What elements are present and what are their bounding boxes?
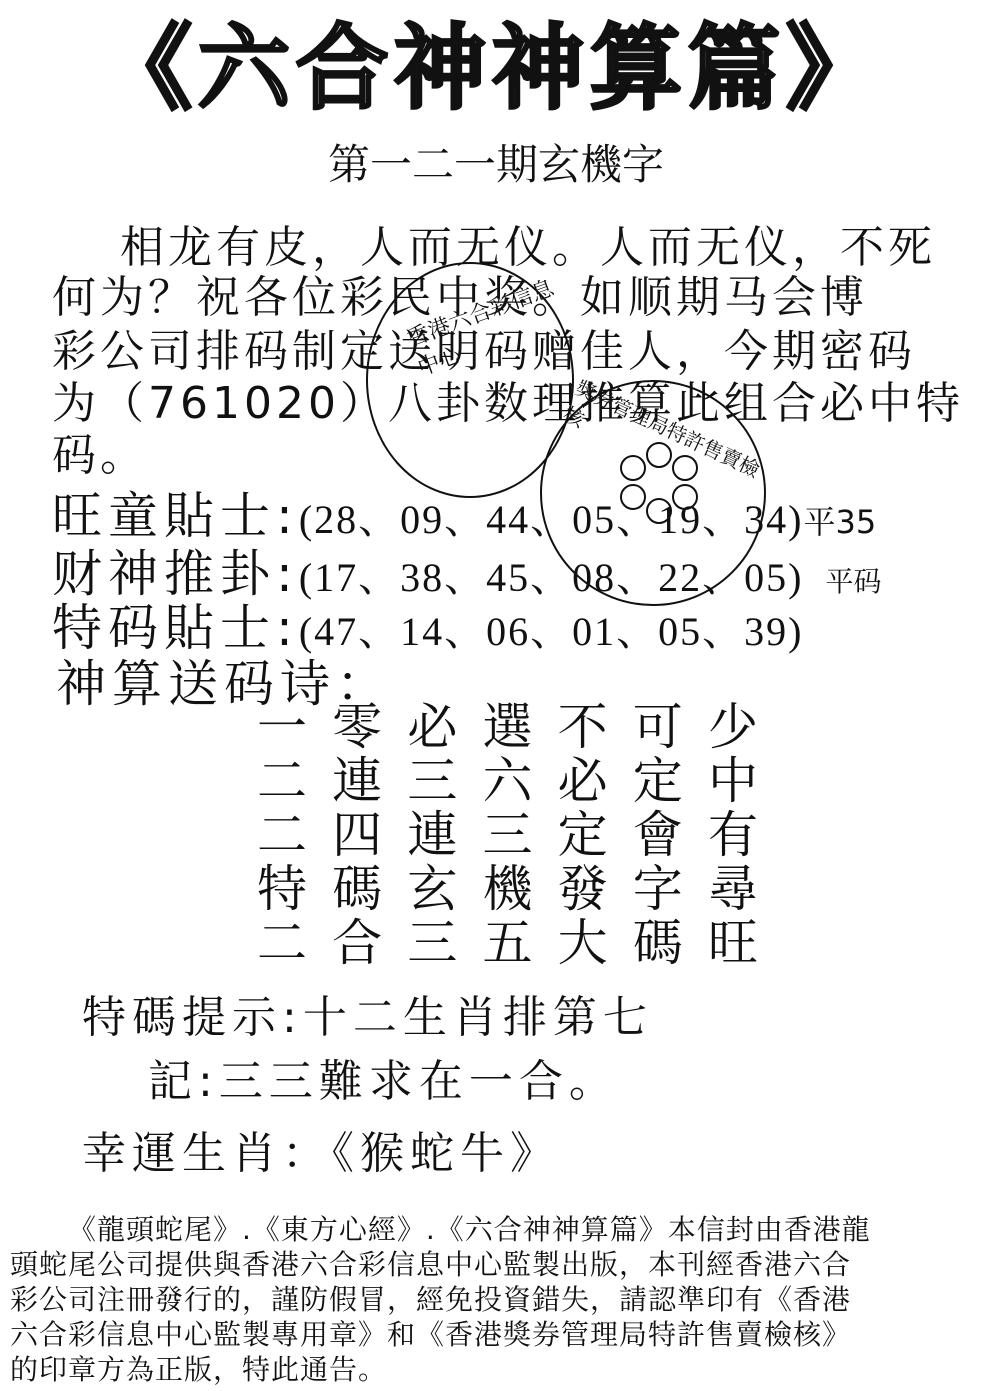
colon: :: [276, 487, 299, 545]
document-title: 《六合神神算篇》: [100, 14, 900, 124]
poem-char: 二: [245, 916, 319, 970]
poem-row: 特碼玄機發字尋: [245, 862, 770, 916]
poem-row: 二連三六必定中: [245, 754, 770, 808]
poem-char: 合: [320, 916, 394, 970]
poem-char: 中: [696, 754, 770, 808]
poem-char: 三: [395, 754, 469, 808]
poem-char: 連: [320, 754, 394, 808]
footer-line: 的印章方為正版，特此通告。: [10, 1352, 980, 1387]
poem-char: 四: [320, 808, 394, 862]
poem-char: 二: [245, 808, 319, 862]
poem-char: 機: [470, 862, 544, 916]
colon: :: [276, 545, 299, 603]
footer-line: 《龍頭蛇尾》.《東方心經》.《六合神神算篇》本信封由香港龍: [10, 1212, 980, 1247]
tip-extra: 平35: [804, 503, 877, 541]
tip-label: 财神推卦: [52, 545, 276, 603]
poem-char: 少: [696, 700, 770, 754]
poem-char: 大: [546, 916, 620, 970]
special-code-hint: 特碼提示:十二生肖排第七: [82, 992, 653, 1044]
footer-line: 頭蛇尾公司提供與香港六合彩信息中心監製出版，本刊經香港六合: [10, 1247, 980, 1282]
poem-char: 必: [395, 700, 469, 754]
poem-char: 定: [546, 808, 620, 862]
poem-grid: 一零必選不可少 二連三六必定中 二四連三定會有 特碼玄機發字尋 二合三五大碼旺: [245, 700, 785, 970]
poem-char: 選: [470, 700, 544, 754]
stamp-lottery-bureau: 獎券管理局特許售賣檢核: [540, 380, 766, 606]
poem-char: 二: [245, 754, 319, 808]
stamp-info-center: 香港六合彩信息中心: [366, 262, 574, 498]
poem-char: 六: [470, 754, 544, 808]
tip-row-tema: 特码貼士:(47、14、06、01、05、39): [52, 600, 804, 657]
poem-char: 特: [245, 862, 319, 916]
poem-char: 尋: [696, 862, 770, 916]
poem-char: 發: [546, 862, 620, 916]
poem-char: 字: [621, 862, 695, 916]
tip-extra: 平码: [826, 565, 882, 598]
intro-line-5: 码。: [52, 430, 148, 482]
memo-hint: 記:三三難求在一合。: [148, 1056, 619, 1108]
issue-subtitle: 第一二一期玄機字: [328, 140, 664, 190]
poem-row: 一零必選不可少: [245, 700, 770, 754]
tip-numbers: (47、14、06、01、05、39): [299, 609, 804, 654]
poem-char: 五: [470, 916, 544, 970]
stamp-text: 香港六合彩信息中心: [402, 268, 577, 382]
footer-line: 彩公司注冊發行的，謹防假冒，經免投資錯失，請認準印有《香港: [10, 1282, 980, 1317]
tip-row-caishen: 财神推卦:(17、38、45、08、22、05)平码: [52, 546, 882, 603]
footer-notice: 《龍頭蛇尾》.《東方心經》.《六合神神算篇》本信封由香港龍 頭蛇尾公司提供與香港…: [10, 1212, 980, 1387]
tip-label: 旺童貼士: [52, 487, 276, 545]
poem-char: 旺: [696, 916, 770, 970]
colon: :: [276, 599, 299, 657]
flower-emblem-icon: [617, 442, 697, 522]
title-text: 《六合神神算篇》: [100, 15, 884, 122]
poem-char: 玄: [395, 862, 469, 916]
footer-line: 六合彩信息中心監製專用章》和《香港獎券管理局特許售賣檢核》: [10, 1317, 980, 1352]
poem-char: 碼: [621, 916, 695, 970]
poem-char: 零: [320, 700, 394, 754]
lucky-zodiac: 幸運生肖：《猴蛇牛》: [82, 1128, 560, 1180]
poem-char: 會: [621, 808, 695, 862]
poem-char: 一: [245, 700, 319, 754]
poem-char: 定: [621, 754, 695, 808]
poem-char: 連: [395, 808, 469, 862]
poem-row: 二合三五大碼旺: [245, 916, 770, 970]
poem-char: 三: [470, 808, 544, 862]
poem-char: 必: [546, 754, 620, 808]
tip-label: 特码貼士: [52, 599, 276, 657]
poem-char: 有: [696, 808, 770, 862]
poem-row: 二四連三定會有: [245, 808, 770, 862]
poem-char: 三: [395, 916, 469, 970]
poem-char: 可: [621, 700, 695, 754]
poem-char: 不: [546, 700, 620, 754]
intro-line-1: 相龙有皮，人而无仪。人而无仪，不死: [120, 222, 936, 274]
poem-char: 碼: [320, 862, 394, 916]
